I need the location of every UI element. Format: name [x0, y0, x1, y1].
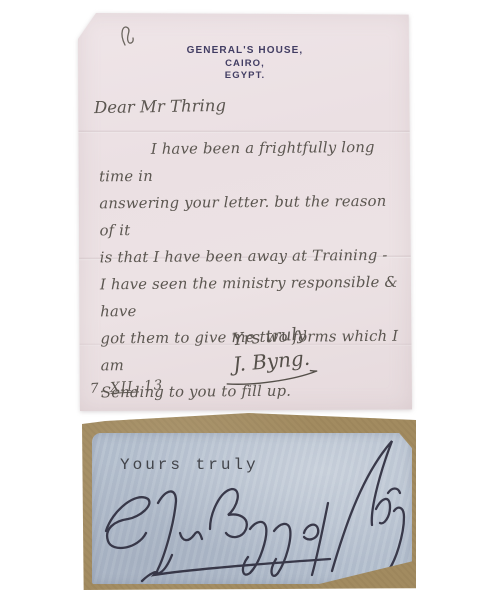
byng-of-vimy-signature-icon	[92, 433, 412, 584]
date-year: 13	[144, 377, 164, 394]
body-line: answering your letter. but the reason of…	[99, 188, 403, 245]
letter-paper: GENERAL'S HOUSE, CAIRO, EGYPT. Dear Mr T…	[78, 13, 412, 411]
signature-card: Yours truly	[92, 433, 412, 584]
body-line: is that I have been away at Training -	[100, 242, 404, 272]
letterhead-line: EGYPT.	[78, 70, 412, 83]
card-mount-board: Yours truly	[82, 413, 416, 590]
fold-crease	[78, 130, 412, 133]
letterhead-line: GENERAL'S HOUSE,	[78, 45, 412, 58]
salutation: Dear Mr Thring	[94, 96, 226, 117]
letter-closing: Yrs truly J. Byng.	[204, 321, 339, 390]
date-month: XII.	[110, 378, 139, 395]
letterhead-line: CAIRO,	[78, 58, 412, 71]
letter-sheet: GENERAL'S HOUSE, CAIRO, EGYPT. Dear Mr T…	[78, 13, 412, 411]
date-day: 7.	[90, 380, 106, 397]
body-line: I have been a frightfully long time in	[99, 134, 403, 191]
body-line: I have seen the ministry responsible & h…	[100, 269, 404, 326]
scanned-document-page: GENERAL'S HOUSE, CAIRO, EGYPT. Dear Mr T…	[0, 0, 500, 600]
letterhead: GENERAL'S HOUSE, CAIRO, EGYPT.	[78, 45, 412, 83]
